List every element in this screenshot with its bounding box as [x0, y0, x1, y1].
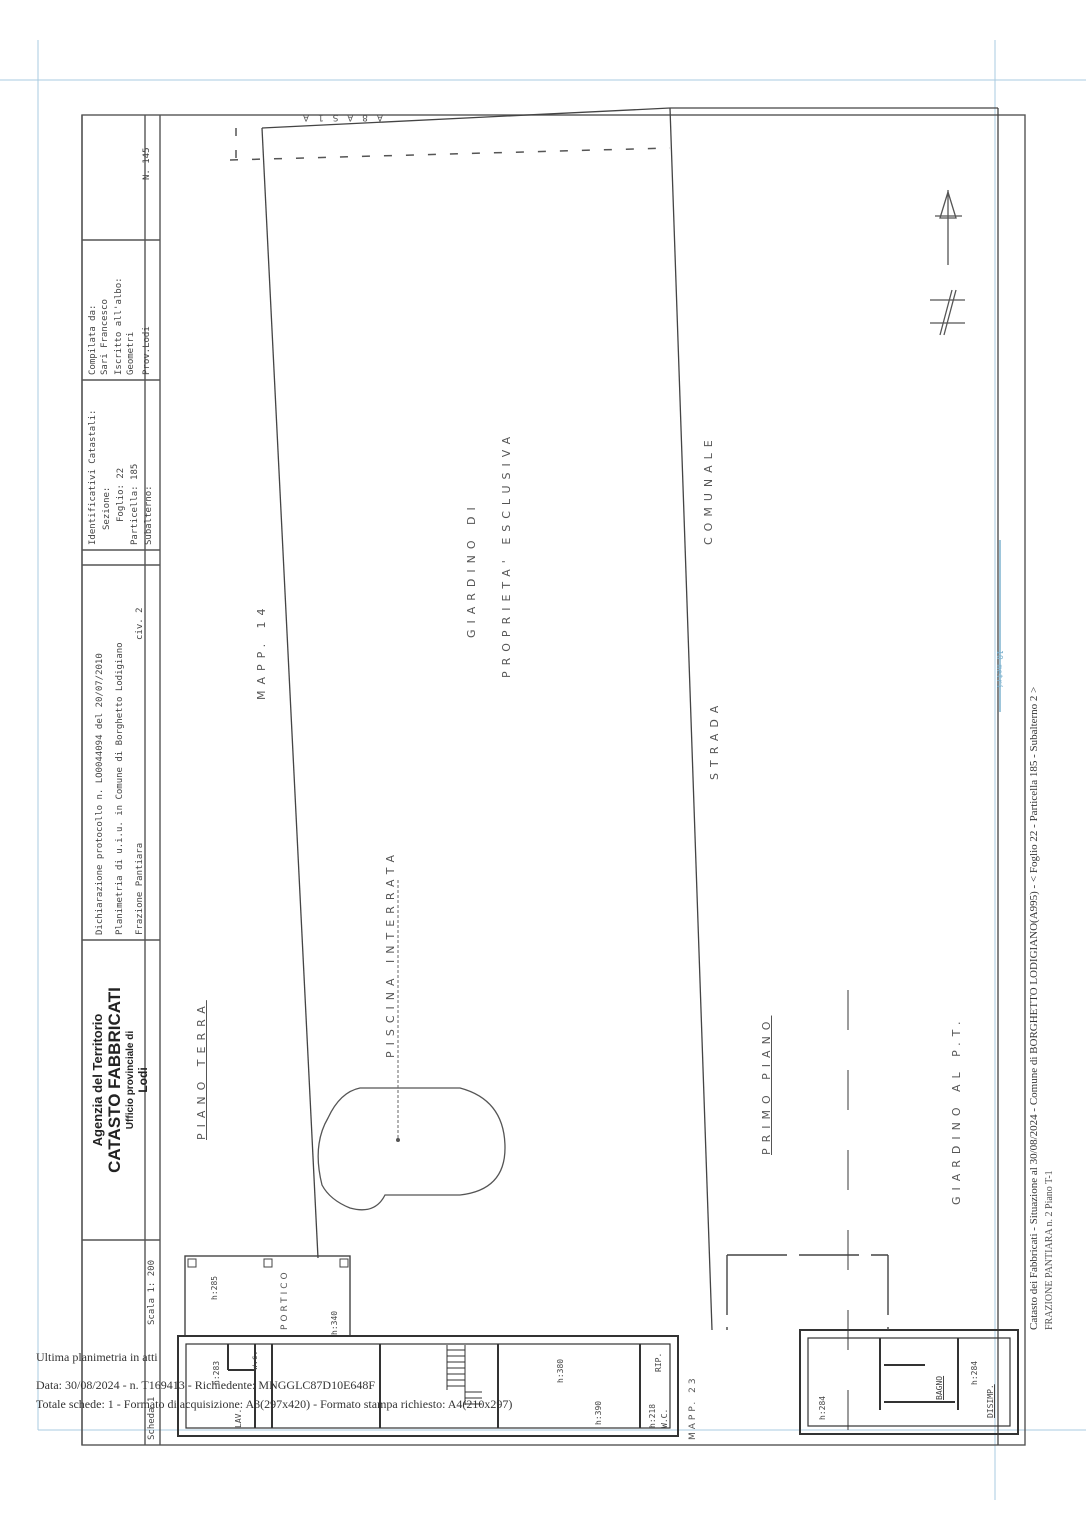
- identifiers-title: Identificativi Catastali:: [88, 410, 98, 545]
- label-portico: PORTICO: [280, 1269, 290, 1330]
- label-giardino-2: PROPRIETA' ESCLUSIVA: [500, 431, 513, 678]
- rip-label: RIP.: [654, 1353, 663, 1372]
- subalterno-label: Subalterno:: [144, 485, 154, 545]
- height-284-b: h:284: [970, 1361, 979, 1385]
- height-340: h:340: [330, 1311, 339, 1335]
- catasto-side-line: Catasto dei Fabbricati - Situazione al 3…: [1028, 687, 1040, 1330]
- registered-value: Geometri: [126, 332, 136, 375]
- agency-title: Agenzia del Territorio CATASTO FABBRICAT…: [90, 980, 150, 1180]
- agency-name: Agenzia del Territorio: [90, 980, 105, 1180]
- disimp-label: DISIMP.: [986, 1384, 995, 1418]
- particella-label: Particella: 185: [130, 464, 140, 545]
- height-285: h:285: [210, 1276, 219, 1300]
- label-piscina: PISCINA INTERRATA: [384, 849, 397, 1058]
- frazione-side-line: FRAZIONE PANTIARA n. 2 Piano T-1: [1044, 1170, 1055, 1330]
- label-piano-terra: PIANO TERRA: [195, 1000, 208, 1140]
- compiled-by-label: Compilata da:: [88, 305, 98, 375]
- label-primo-piano: PRIMO PIANO: [760, 1016, 773, 1155]
- height-284-a: h:284: [818, 1396, 827, 1420]
- label-giardino-pt: GIARDINO AL P.T.: [950, 1015, 963, 1205]
- planimetry-line: Planimetria di u.i.u. in Comune di Borgh…: [115, 642, 125, 935]
- label-strada: STRADA: [708, 700, 721, 780]
- last-plan-label: Ultima planimetria in atti: [36, 1350, 158, 1365]
- catasto-title: CATASTO FABBRICATI: [105, 980, 125, 1180]
- office-label: Ufficio provinciale di: [125, 980, 136, 1180]
- label-mapp-23: MAPP. 23: [688, 1375, 698, 1440]
- height-218: h:218: [648, 1404, 657, 1428]
- totale-schede-line: Totale schede: 1 - Formato di acquisizio…: [36, 1397, 512, 1412]
- civic-number: civ. 2: [135, 607, 145, 640]
- height-390: h:390: [594, 1401, 603, 1425]
- foglio-label: Foglio: 22: [116, 468, 126, 522]
- province-label: Lodi: [136, 980, 150, 1180]
- label-mapp-top: A 8 A S 1 A: [300, 112, 383, 122]
- scale-marker-label: 10 metri: [995, 650, 1004, 689]
- request-data-line: Data: 30/08/2024 - n. T169413 - Richiede…: [36, 1378, 375, 1393]
- compiled-by-name: Sari Francesco: [100, 299, 110, 375]
- floor-plan-drawing: [0, 0, 1086, 1536]
- registration-number: N. 145: [142, 147, 152, 180]
- wc-label: w.c.: [250, 1351, 259, 1370]
- registered-label: Iscritto all'albo:: [114, 277, 124, 375]
- wc2-label: W.C.: [660, 1409, 669, 1428]
- bagno-label: BAGNO: [935, 1376, 944, 1400]
- height-380: h:380: [556, 1359, 565, 1383]
- sezione-label: Sezione:: [102, 487, 112, 530]
- scale-label: Scala 1: 200: [147, 1260, 157, 1325]
- label-comunale: COMUNALE: [702, 434, 715, 545]
- label-giardino-1: GIARDINO DI: [465, 501, 478, 638]
- declaration-line: Dichiarazione protocollo n. LO0044094 de…: [95, 653, 105, 935]
- fraction-line: Frazione Pantiara: [135, 843, 145, 935]
- label-mapp-14: MAPP. 14: [255, 602, 268, 700]
- province-code: Prov.Lodi: [142, 326, 152, 375]
